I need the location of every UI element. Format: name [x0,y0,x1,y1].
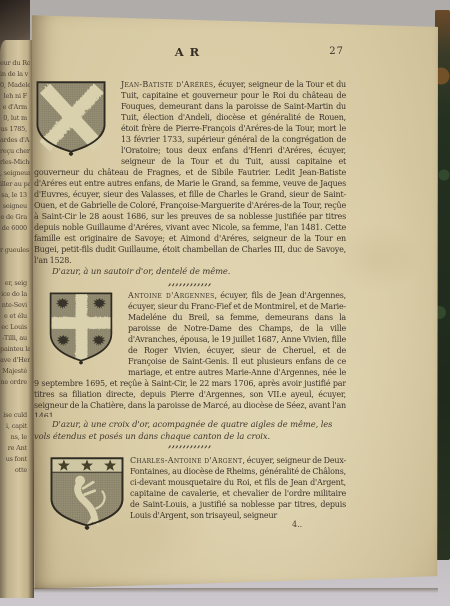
blazon-text: D'azur, à une croix d'or, acompagnée de … [34,419,346,442]
blazon-text: D'azur, à un sautoir d'or, dentelé de mê… [34,266,346,278]
running-title: AR [34,45,346,59]
heraldry-entry-areres: Jean-Batiste d'Arérès, écuyer, seigneur … [34,79,346,265]
page-header: AR 27 [34,45,346,59]
heraldry-entry-argennes: Antoine d'Argennes, écuyer, fils de Jean… [34,290,346,417]
shield-chief-three-stars-lion-rampant-icon [48,456,126,530]
book-photo: eur du Roin de la v0, Madeleleh ni Fe d'… [0,0,450,606]
entry-name: Charles-Antoine d'Argent [130,456,242,465]
section-separator-ornament: ,,,,,,,,,,,, [34,279,346,287]
book-page: AR 27 [32,13,438,590]
previous-page-edge: eur du Roin de la v0, Madeleleh ni Fe d'… [0,40,34,598]
shield-azure-cross-four-eagles-icon [48,291,114,367]
shield-azure-saltire-dentele-icon [34,80,108,156]
page-bottom-shadow [34,588,438,593]
page-content: AR 27 [34,13,346,590]
entry-body: , écuyer, seigneur de Deux-Fontaines, au… [130,456,346,520]
entry-name: Jean-Batiste d'Arérès [121,80,213,89]
previous-page-text-fragments: eur du Roin de la v0, Madeleleh ni Fe d'… [0,58,30,476]
entry-name: Antoine d'Argennes [128,291,214,300]
signature-mark: 4.. [292,520,302,529]
section-separator-ornament: ,,,,,,,,,,,, [34,441,346,449]
page-number: 27 [329,46,344,57]
